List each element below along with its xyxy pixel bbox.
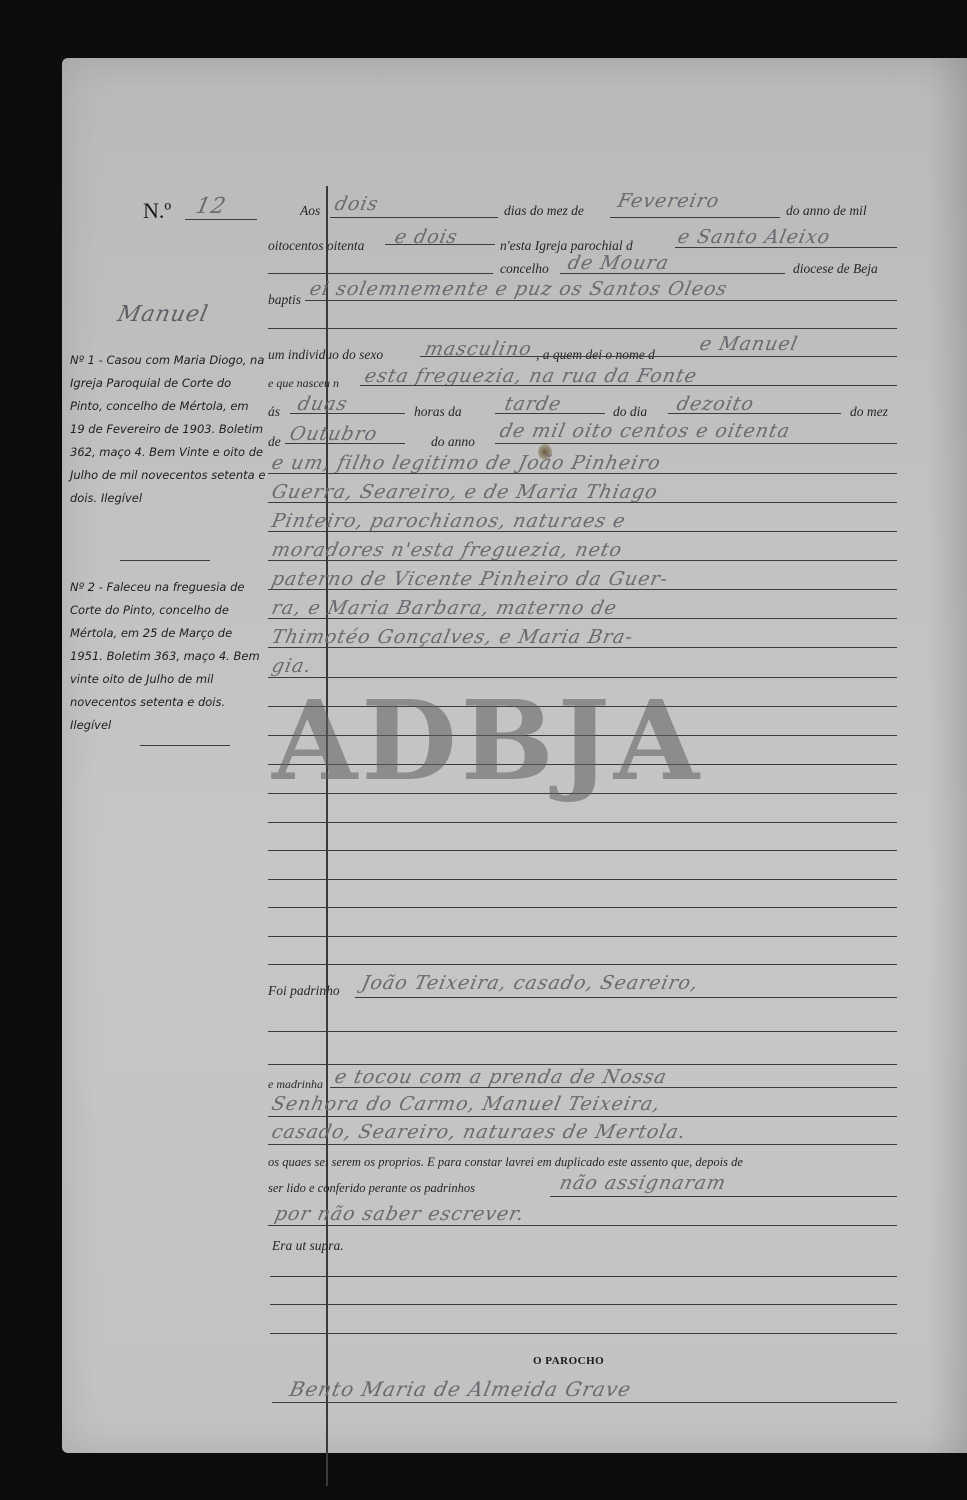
closing-text-1: os quaes sei serem os proprios. E para c… bbox=[268, 1155, 743, 1170]
rule bbox=[285, 443, 405, 444]
entry-number: 12 bbox=[193, 194, 228, 219]
rule bbox=[495, 413, 605, 414]
parish-priest-signature: Bento Maria de Almeida Grave bbox=[287, 1377, 633, 1401]
margin-note-1: Nº 1 - Casou com Maria Diogo, na Igreja … bbox=[70, 349, 266, 510]
body-line-6: ra, e Maria Barbara, materno de bbox=[270, 597, 620, 619]
field-godmother-2: Senhora do Carmo, Manuel Teixeira, bbox=[270, 1093, 663, 1115]
field-name: e Manuel bbox=[698, 333, 801, 355]
form-label-de: de bbox=[268, 434, 281, 450]
field-godfather: João Teixeira, casado, Seareiro, bbox=[360, 972, 701, 994]
rule bbox=[270, 1333, 897, 1334]
rule bbox=[330, 1087, 897, 1088]
rule bbox=[675, 247, 897, 248]
rule bbox=[268, 822, 897, 823]
field-godmother-1: e tocou com a prenda de Nossa bbox=[333, 1066, 669, 1088]
field-municipality: de Moura bbox=[566, 252, 672, 274]
field-birth-year: de mil oito centos e oitenta bbox=[498, 420, 793, 442]
rule bbox=[270, 1304, 897, 1305]
field-church: e Santo Aleixo bbox=[676, 226, 833, 248]
field-birthplace: esta freguezia, na rua da Fonte bbox=[363, 365, 700, 387]
rule bbox=[268, 473, 897, 474]
signature-title: O PAROCHO bbox=[533, 1355, 604, 1367]
form-label-dias-do-mez: dias do mez de bbox=[504, 203, 584, 219]
entry-number-label: N.º bbox=[143, 198, 171, 224]
rule bbox=[268, 964, 897, 965]
field-hour: duas bbox=[296, 393, 350, 415]
rule bbox=[268, 850, 897, 851]
body-line-2: Guerra, Seareiro, e de Maria Thiago bbox=[270, 481, 660, 503]
rule bbox=[495, 443, 897, 444]
rule bbox=[668, 413, 841, 414]
rule bbox=[360, 385, 897, 386]
closing-text-2: ser lido e conferido perante os padrinho… bbox=[268, 1181, 475, 1196]
form-label-mez: do mez bbox=[850, 404, 888, 420]
rule bbox=[290, 413, 405, 414]
rule bbox=[268, 589, 897, 590]
form-label-as: ás bbox=[268, 404, 280, 420]
rule bbox=[268, 618, 897, 619]
body-line-5: paterno de Vicente Pinheiro da Guer- bbox=[270, 568, 671, 590]
form-label-padrinho: Foi padrinho bbox=[268, 983, 340, 999]
form-label-dia: do dia bbox=[613, 404, 647, 420]
form-label-horas: horas da bbox=[414, 404, 462, 420]
margin-note-2: Nº 2 - Faleceu na freguesia de Corte do … bbox=[70, 576, 266, 737]
body-line-4: moradores n'esta freguezia, neto bbox=[270, 539, 625, 561]
rule bbox=[560, 273, 785, 274]
field-signature-note-1: não assignaram bbox=[558, 1172, 729, 1194]
form-label-do-anno-2: do anno bbox=[431, 434, 475, 450]
form-label-madrinha: e madrinha bbox=[268, 1077, 323, 1092]
rule bbox=[268, 1031, 897, 1032]
field-birth-day: dezoito bbox=[675, 393, 757, 415]
margin-note-1-underline bbox=[120, 560, 210, 561]
form-label-sexo: um individuo do sexo bbox=[268, 347, 383, 363]
margin-note-2-underline bbox=[140, 745, 230, 746]
rule bbox=[268, 1116, 897, 1117]
rule bbox=[268, 907, 897, 908]
form-label-do-anno: do anno de mil bbox=[786, 203, 867, 219]
field-signature-note-2: por não saber escrever. bbox=[273, 1203, 527, 1225]
rule bbox=[268, 502, 897, 503]
form-label-oitocentos: oitocentos oitenta bbox=[268, 238, 364, 254]
rule bbox=[268, 560, 897, 561]
rule bbox=[330, 217, 498, 218]
rule bbox=[272, 1402, 897, 1403]
form-label-nome: , a quem dei o nome d bbox=[536, 347, 655, 363]
rule bbox=[268, 531, 897, 532]
rule bbox=[268, 879, 897, 880]
form-label-concelho: concelho bbox=[500, 261, 549, 277]
body-line-8: gia. bbox=[270, 655, 314, 677]
form-label-aos: Aos bbox=[300, 203, 320, 219]
rule bbox=[610, 217, 780, 218]
form-label-diocese: diocese de Beja bbox=[793, 261, 878, 277]
body-line-7: Thimotéo Gonçalves, e Maria Bra- bbox=[270, 626, 636, 648]
watermark: ADBJA bbox=[272, 676, 703, 805]
rule bbox=[268, 1225, 897, 1226]
rule bbox=[385, 244, 495, 245]
form-label-nasceu: e que nasceu n bbox=[268, 376, 339, 391]
rule bbox=[268, 936, 897, 937]
margin-name: Manuel bbox=[115, 302, 210, 327]
era-ut-supra: Era ut supra. bbox=[272, 1238, 344, 1254]
rule bbox=[305, 300, 897, 301]
body-line-3: Pinteiro, parochianos, naturaes e bbox=[270, 510, 628, 532]
rule bbox=[420, 356, 897, 357]
rule bbox=[268, 647, 897, 648]
field-period: tarde bbox=[503, 393, 564, 415]
rule bbox=[550, 1196, 897, 1197]
entry-number-underline bbox=[185, 219, 257, 220]
rule bbox=[268, 1144, 897, 1145]
rule bbox=[355, 997, 897, 998]
rule bbox=[268, 328, 897, 329]
form-label-baptis: baptis bbox=[268, 292, 301, 308]
rule bbox=[268, 273, 493, 274]
body-line-1: e um, filho legitimo de João Pinheiro bbox=[270, 452, 663, 474]
field-birth-month: Outubro bbox=[288, 423, 380, 445]
rule bbox=[270, 1276, 897, 1277]
field-baptism-text: ei solemnemente e puz os Santos Oleos bbox=[308, 278, 730, 300]
field-day: dois bbox=[333, 193, 381, 215]
field-month: Fevereiro bbox=[616, 190, 722, 212]
field-godmother-3: casado, Seareiro, naturaes de Mertola. bbox=[270, 1121, 689, 1143]
